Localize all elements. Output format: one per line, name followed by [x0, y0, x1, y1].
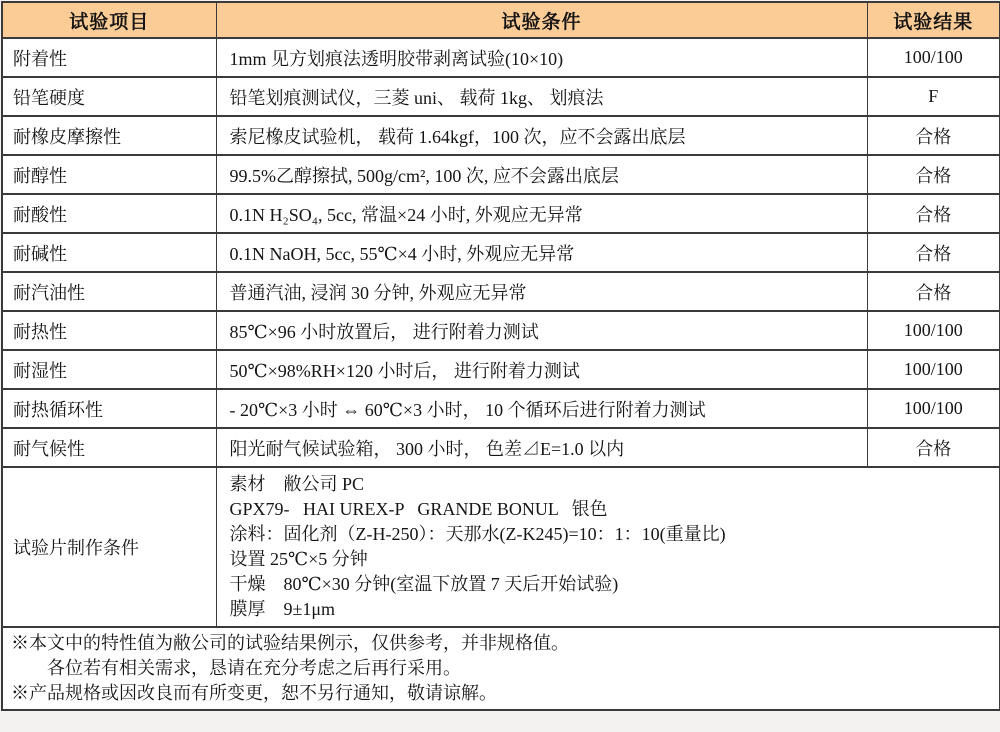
- test-result-cell: 合格: [867, 272, 1000, 311]
- test-condition-cell: - 20℃×3 小时 ⇔ 60℃×3 小时， 10 个循环后进行附着力测试: [216, 389, 867, 428]
- test-item-cell: 耐酸性: [2, 194, 216, 233]
- test-condition-cell: 50℃×98%RH×120 小时后， 进行附着力测试: [216, 350, 867, 389]
- test-condition-cell: 99.5%乙醇擦拭, 500g/cm², 100 次, 应不会露出底层: [216, 155, 867, 194]
- test-item-cell: 铅笔硬度: [2, 77, 216, 116]
- prep-line-setting: 设置 25℃×5 分钟: [230, 547, 994, 572]
- prep-conditions-row: 试验片制作条件 素材 敝公司 PC GPX79- HAI UREX-P GRAN…: [2, 467, 1000, 627]
- prep-line-thickness: 膜厚 9±1μm: [230, 597, 994, 622]
- test-result-cell: 合格: [867, 155, 1000, 194]
- note-line-disclaimer-3: ※产品规格或因改良而有所变更，恕不另行通知，敬请谅解。: [11, 681, 993, 706]
- prep-line-product: GPX79- HAI UREX-P GRANDE BONUL 银色: [230, 497, 994, 522]
- test-result-cell: 合格: [867, 116, 1000, 155]
- col-header-test-result: 试验结果: [867, 2, 1000, 38]
- test-condition-cell: 85℃×96 小时放置后， 进行附着力测试: [216, 311, 867, 350]
- test-item-cell: 耐热循环性: [2, 389, 216, 428]
- test-result-cell: 100/100: [867, 38, 1000, 77]
- test-item-cell: 耐碱性: [2, 233, 216, 272]
- test-item-cell: 附着性: [2, 38, 216, 77]
- test-condition-cell: 普通汽油, 浸润 30 分钟, 外观应无异常: [216, 272, 867, 311]
- table-row: 铅笔硬度 铅笔划痕测试仪，三菱 uni、 载荷 1kg、 划痕法 F: [2, 77, 1000, 116]
- prep-line-drying: 干燥 80℃×30 分钟(室温下放置 7 天后开始试验): [230, 572, 994, 597]
- table-row: 耐热循环性 - 20℃×3 小时 ⇔ 60℃×3 小时， 10 个循环后进行附着…: [2, 389, 1000, 428]
- col-header-test-condition: 试验条件: [216, 2, 867, 38]
- test-item-cell: 耐气候性: [2, 428, 216, 467]
- test-item-cell: 耐热性: [2, 311, 216, 350]
- footer-notes-row: ※本文中的特性值为敝公司的试验结果例示，仅供参考，并非规格值。 各位若有相关需求…: [2, 627, 1000, 710]
- test-result-cell: 100/100: [867, 350, 1000, 389]
- prep-row-content: 素材 敝公司 PC GPX79- HAI UREX-P GRANDE BONUL…: [216, 467, 1000, 627]
- test-condition-cell: 1mm 见方划痕法透明胶带剥离试验(10×10): [216, 38, 867, 77]
- note-line-disclaimer-2: 各位若有相关需求，恳请在充分考虑之后再行采用。: [11, 656, 993, 681]
- prep-row-label: 试验片制作条件: [2, 467, 216, 627]
- table-row: 耐热性 85℃×96 小时放置后， 进行附着力测试 100/100: [2, 311, 1000, 350]
- test-item-cell: 耐橡皮摩擦性: [2, 116, 216, 155]
- document-sheet: 试验项目 试验条件 试验结果 附着性 1mm 见方划痕法透明胶带剥离试验(10×…: [0, 0, 1000, 732]
- test-result-cell: 100/100: [867, 311, 1000, 350]
- table-row: 耐碱性 0.1N NaOH, 5cc, 55℃×4 小时, 外观应无异常 合格: [2, 233, 1000, 272]
- test-result-cell: 100/100: [867, 389, 1000, 428]
- test-condition-cell: 0.1N NaOH, 5cc, 55℃×4 小时, 外观应无异常: [216, 233, 867, 272]
- prep-line-material: 素材 敝公司 PC: [230, 472, 994, 497]
- test-item-cell: 耐湿性: [2, 350, 216, 389]
- col-header-test-item: 试验项目: [2, 2, 216, 38]
- table-row: 耐醇性 99.5%乙醇擦拭, 500g/cm², 100 次, 应不会露出底层 …: [2, 155, 1000, 194]
- table-row: 耐酸性 0.1N H₂SO₄, 5cc, 常温×24 小时, 外观应无异常 合格: [2, 194, 1000, 233]
- table-row: 附着性 1mm 见方划痕法透明胶带剥离试验(10×10) 100/100: [2, 38, 1000, 77]
- footer-notes: ※本文中的特性值为敝公司的试验结果例示，仅供参考，并非规格值。 各位若有相关需求…: [2, 627, 1000, 710]
- test-result-cell: F: [867, 77, 1000, 116]
- test-condition-cell: 阳光耐气候试验箱， 300 小时， 色差⊿E=1.0 以内: [216, 428, 867, 467]
- table-row: 耐橡皮摩擦性 索尼橡皮试验机， 载荷 1.64kgf，100 次，应不会露出底层…: [2, 116, 1000, 155]
- table-row: 耐湿性 50℃×98%RH×120 小时后， 进行附着力测试 100/100: [2, 350, 1000, 389]
- test-condition-cell: 索尼橡皮试验机， 载荷 1.64kgf，100 次，应不会露出底层: [216, 116, 867, 155]
- test-item-cell: 耐醇性: [2, 155, 216, 194]
- prep-line-coating: 涂料：固化剂（Z-H-250）：天那水(Z-K245)=10：1：10(重量比): [230, 522, 994, 547]
- test-condition-cell: 铅笔划痕测试仪，三菱 uni、 载荷 1kg、 划痕法: [216, 77, 867, 116]
- test-result-cell: 合格: [867, 233, 1000, 272]
- note-line-disclaimer-1: ※本文中的特性值为敝公司的试验结果例示，仅供参考，并非规格值。: [11, 631, 993, 656]
- test-item-cell: 耐汽油性: [2, 272, 216, 311]
- header-row: 试验项目 试验条件 试验结果: [2, 2, 1000, 38]
- table-row: 耐汽油性 普通汽油, 浸润 30 分钟, 外观应无异常 合格: [2, 272, 1000, 311]
- test-results-table: 试验项目 试验条件 试验结果 附着性 1mm 见方划痕法透明胶带剥离试验(10×…: [1, 1, 1000, 711]
- table-row: 耐气候性 阳光耐气候试验箱， 300 小时， 色差⊿E=1.0 以内 合格: [2, 428, 1000, 467]
- test-condition-cell: 0.1N H₂SO₄, 5cc, 常温×24 小时, 外观应无异常: [216, 194, 867, 233]
- test-result-cell: 合格: [867, 194, 1000, 233]
- test-result-cell: 合格: [867, 428, 1000, 467]
